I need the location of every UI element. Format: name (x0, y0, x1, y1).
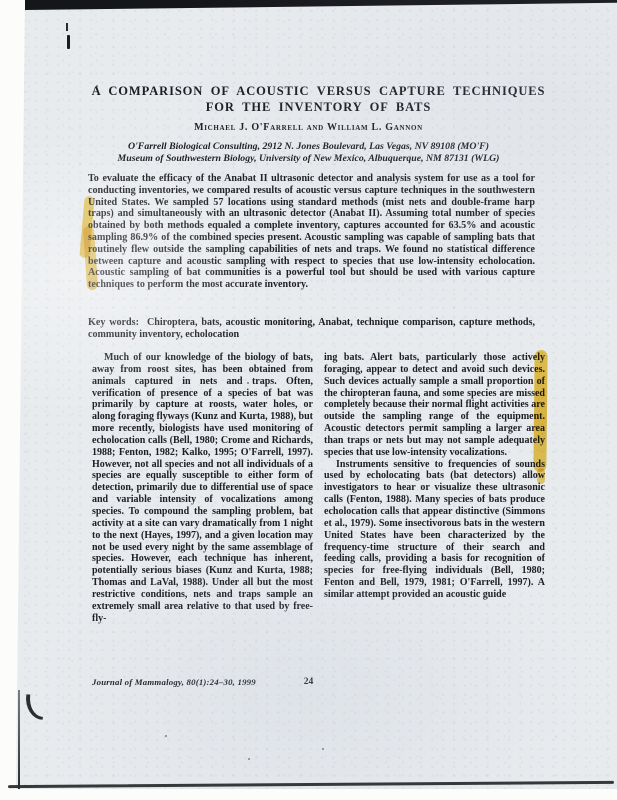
scan-speck (322, 748, 324, 750)
scanned-page: A COMPARISON OF ACOUSTIC VERSUS CAPTURE … (0, 0, 617, 789)
authors-line: Michael J. O'Farrell and William L. Gann… (0, 122, 617, 133)
affiliation-line-2: Museum of Southwestern Biology, Universi… (0, 153, 617, 165)
paper-title-line-2: FOR THE INVENTORY OF BATS (60, 100, 577, 115)
page-number: 24 (0, 676, 617, 687)
body-columns: Much of our knowledge of the biology of … (92, 352, 545, 624)
left-scan-edge (18, 690, 20, 789)
keywords-line: Key words:Chiroptera, bats, acoustic mon… (88, 317, 535, 341)
keywords-text: Chiroptera, bats, acoustic monitoring, A… (88, 317, 535, 340)
affiliation-line-1: O'Farrell Biological Consulting, 2912 N.… (0, 141, 617, 153)
ink-dash-mark (66, 23, 68, 31)
yellow-highlighter-mark-right-margin (533, 350, 547, 472)
ink-dash-mark (67, 35, 70, 49)
paper-title-line-1: A COMPARISON OF ACOUSTIC VERSUS CAPTURE … (60, 84, 577, 99)
scan-speck (165, 735, 167, 737)
abstract-paragraph: To evaluate the efficacy of the Anabat I… (88, 173, 535, 291)
top-scan-edge (25, 0, 617, 10)
yellow-highlighter-mark-right-margin (537, 468, 545, 484)
left-column: Much of our knowledge of the biology of … (92, 352, 313, 624)
right-column-paragraph-2: Instruments sensitive to frequencies of … (324, 459, 545, 601)
left-column-paragraph: Much of our knowledge of the biology of … (92, 352, 313, 624)
keywords-label: Key words: (88, 317, 147, 328)
right-column: ing bats. Alert bats, particularly those… (324, 352, 545, 624)
scan-speck (248, 758, 250, 760)
right-column-paragraph-1: ing bats. Alert bats, particularly those… (324, 352, 545, 459)
